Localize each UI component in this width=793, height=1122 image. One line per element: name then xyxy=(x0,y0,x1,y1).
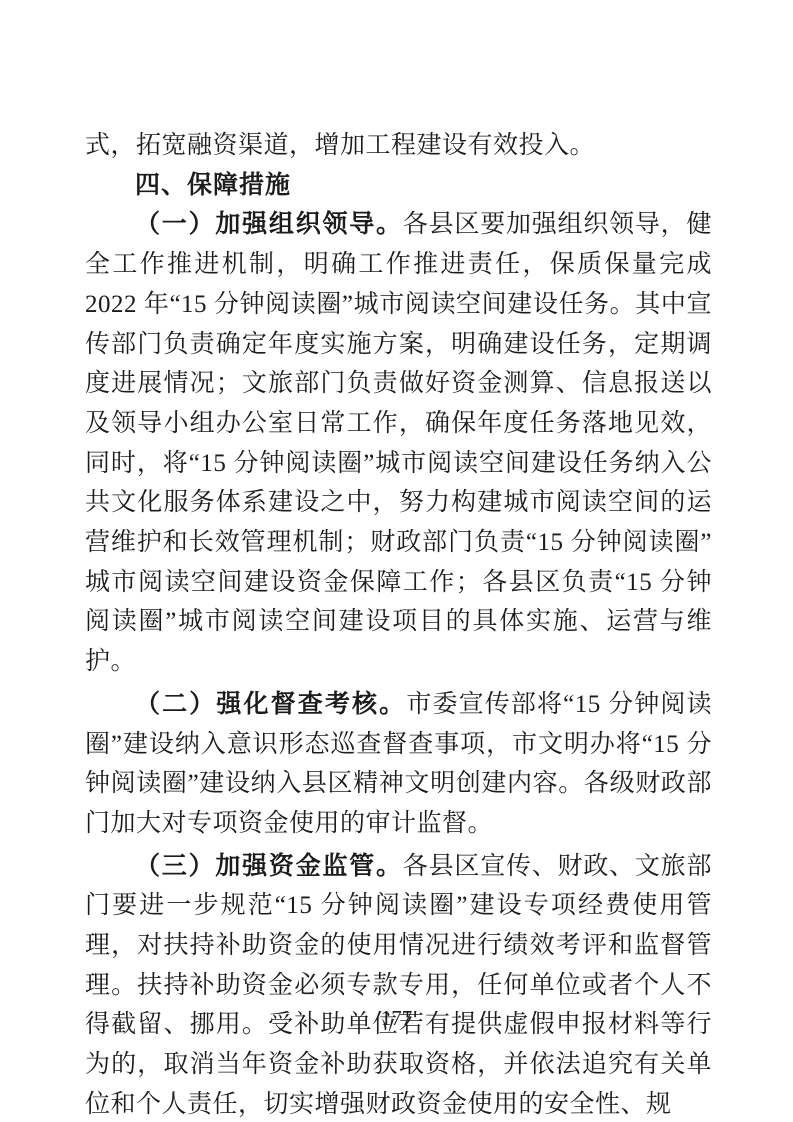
paragraph-2-lead: （二）强化督查考核。 xyxy=(135,691,406,718)
paragraph-1-text: 各县区要加强组织领导，健全工作推进机制，明确工作推进责任，保质保量完成 2022… xyxy=(85,211,712,675)
document-text-block: 式，拓宽融资渠道，增加工程建设有效投入。 四、保障措施 （一）加强组织领导。各县… xyxy=(85,126,712,1122)
continuation-paragraph: 式，拓宽融资渠道，增加工程建设有效投入。 xyxy=(85,126,712,166)
paragraph-2: （二）强化督查考核。市委宣传部将“15 分钟阅读圈”建设纳入意识形态巡查督查事项… xyxy=(85,685,712,844)
paragraph-3: （三）加强资金监管。各县区宣传、财政、文旅部门要进一步规范“15 分钟阅读圈”建… xyxy=(85,847,712,1122)
paragraph-3-lead: （三）加强资金监管。 xyxy=(135,853,403,880)
paragraph-3-text: 各县区宣传、财政、文旅部门要进一步规范“15 分钟阅读圈”建设专项经费使用管理，… xyxy=(85,853,712,1118)
section-heading: 四、保障措施 xyxy=(85,166,712,206)
page-number: 177 xyxy=(0,1004,793,1032)
document-page: 式，拓宽融资渠道，增加工程建设有效投入。 四、保障措施 （一）加强组织领导。各县… xyxy=(0,0,793,1122)
paragraph-1-lead: （一）加强组织领导。 xyxy=(135,211,403,238)
paragraph-1: （一）加强组织领导。各县区要加强组织领导，健全工作推进机制，明确工作推进责任，保… xyxy=(85,205,712,681)
